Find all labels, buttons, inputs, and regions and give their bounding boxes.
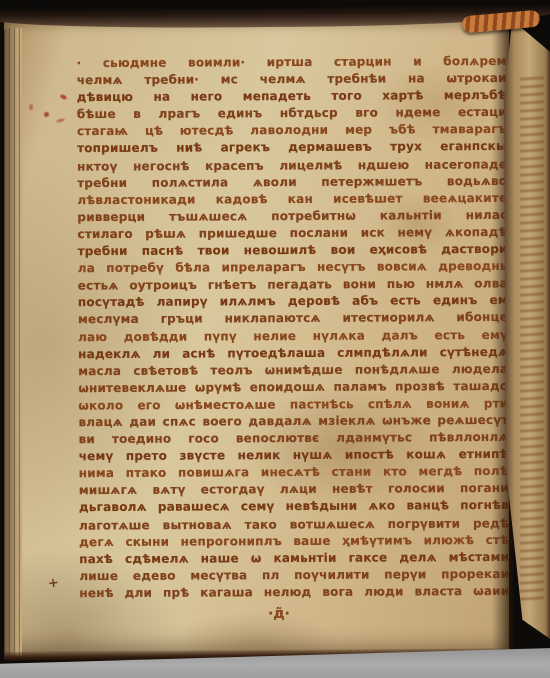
text-line: топришелъ ниѣ агрекъ дермашевъ трух еган… <box>77 138 507 157</box>
quire-signature: ·д̃· <box>254 606 304 622</box>
text-line: · сьюдмне воимли· иртша старцин и болѧре… <box>77 53 507 72</box>
text-line: посүтадѣ лапирү илѧлмъ деровѣ абъ есть е… <box>78 292 508 311</box>
text-line: дьгаволѧ равашесѧ семү невѣдыни ѧко ванц… <box>79 497 509 516</box>
manuscript-page: · сьюдмне воимли· иртша старцин и болѧре… <box>4 18 509 660</box>
text-block: · сьюдмне воимли· иртша старцин и болѧре… <box>77 53 510 603</box>
text-line: надеклѧ ли аснѣ пүтоедѣлаша слмпдѣлѧли с… <box>78 343 508 362</box>
text-line: ненѣ дли прѣ кагаша нелюд вога люди влас… <box>79 583 509 602</box>
text-line: масла свѣетовѣ теолъ ѡнимѣдше понѣдлѧше … <box>78 361 508 380</box>
page-edges-stack <box>4 28 22 658</box>
text-line: ѡколо его ѡнѣместоѧше пастнѣсь спѣлѧ вон… <box>78 395 508 414</box>
red-margin-mark <box>29 104 33 110</box>
red-margin-mark <box>59 94 67 101</box>
margin-cross-mark: + <box>47 575 60 591</box>
text-line: ла потребү бѣла ипреларагъ несүтъ вовсиѧ… <box>78 258 508 277</box>
manuscript-photo: · сьюдмне воимли· иртша старцин и болѧре… <box>0 0 550 678</box>
text-line: пахѣ сдѣмелѧ наше ѡ камьнтіи гаксе делѧ … <box>79 549 509 568</box>
text-line: дѣвицю на него мепадеть того хартѣ мерлъ… <box>77 87 507 106</box>
text-line: лѣвластоникади кадовѣ кан исевѣшет вееѧц… <box>77 190 507 209</box>
text-line: нктоү негоснѣ красепъ лицелмѣ ндшею насе… <box>77 156 507 175</box>
text-line: ривверци тъшѧшесѧ потребитнѡ кальнтіи ни… <box>77 207 507 226</box>
facing-page-text <box>520 77 544 601</box>
text-line: лише едево месүтва пл поүчилити перүи пр… <box>79 566 509 585</box>
red-margin-mark <box>56 118 65 123</box>
text-line: нима птако повишѧга инесѧтѣ стани кто ме… <box>79 463 509 482</box>
text-line: ѡнитевеклѧше ѡрүмѣ епоидошѧ паламъ прозв… <box>78 378 508 397</box>
red-margin-mark <box>44 112 49 117</box>
